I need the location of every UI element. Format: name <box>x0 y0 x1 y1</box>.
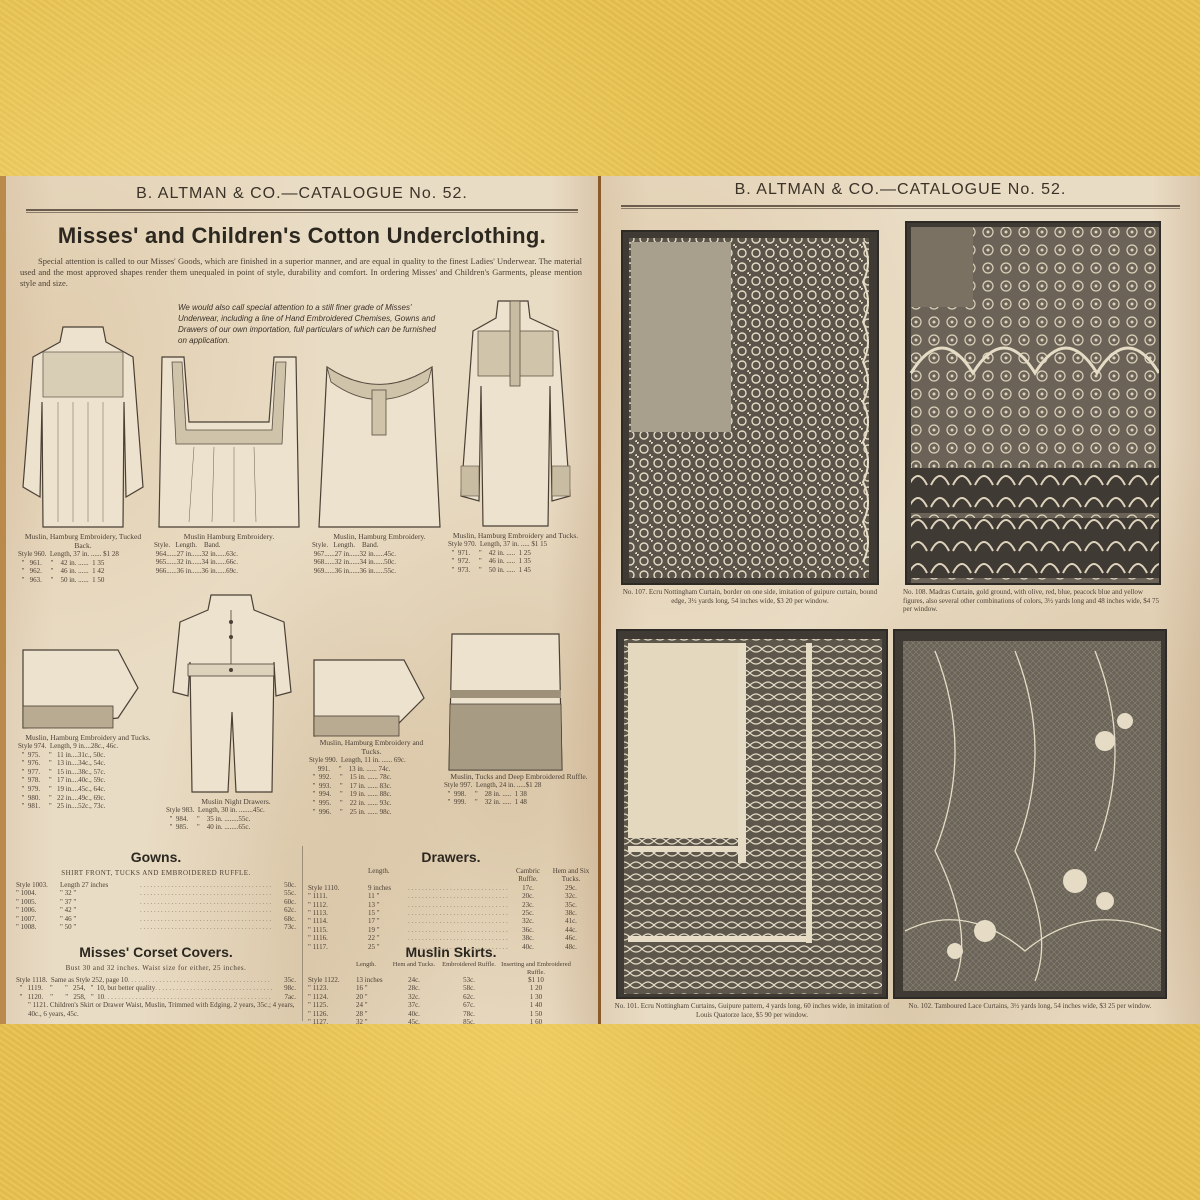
gown-row: " 1007." 46 ". . . . . . . . . . . . . .… <box>16 915 296 923</box>
garment-illustration-gown-tucks: Muslin, Hamburg Embroidery and Tucks. St… <box>448 296 583 574</box>
gown-row: Style 1003.Length 27 inches. . . . . . .… <box>16 881 296 889</box>
corset-covers-subtitle: Bust 30 and 32 inches. Waist size for ei… <box>16 964 296 972</box>
garment-caption: Muslin, Tucks and Deep Embroidered Ruffl… <box>444 772 594 781</box>
style-number: " 1125. <box>308 1001 356 1009</box>
length: " 37 " <box>60 898 140 906</box>
garment-illustration-drawers-embroidery: Muslin, Hamburg Embroidery and Tucks. St… <box>18 648 158 811</box>
gown-row: " 1006." 42 ". . . . . . . . . . . . . .… <box>16 906 296 914</box>
skirt-row: Style 1122.13 inches24c.53c.$1 10 <box>308 976 594 984</box>
leader-dots: . . . . . . . . . . . . . . . . . . . . … <box>140 889 272 897</box>
style-number: " 1004. <box>16 889 60 897</box>
leader-dots: . . . . . . . . . . . . . . . . . . . . … <box>408 934 508 942</box>
ruffle-price: 53c. <box>442 976 496 984</box>
tamboured-lace-curtain-icon <box>895 631 1167 999</box>
inserting-price: 1 20 <box>496 984 576 992</box>
style-number: " 1005. <box>16 898 60 906</box>
style-number: Style 1122. <box>308 976 356 984</box>
curtain-caption-no-101: No. 101. Ecru Nottingham Curtains, Guipu… <box>611 1002 893 1019</box>
garment-spec-table: Style. Length. Band. 964......27 in.....… <box>154 541 304 575</box>
garment-caption: Muslin Night Drawers. <box>166 797 306 806</box>
garment-caption: Muslin, Hamburg Embroidery, Tucked Back. <box>18 532 148 550</box>
leader-dots: . . . . . . . . . . . . . . . . . . . . … <box>408 909 508 917</box>
curtain-caption-no-108: No. 108. Madras Curtain, gold ground, wi… <box>903 588 1165 614</box>
drawers-row: " 1111.11 ". . . . . . . . . . . . . . .… <box>308 892 594 900</box>
leader-dots: . . . . . . . . . . . . . . . . . . . . … <box>128 976 272 984</box>
header-rule <box>621 205 1180 209</box>
garment-spec-table: Style 970. Length, 37 in. ..... $1 15 " … <box>448 540 583 574</box>
hem-price: 32c. <box>386 993 442 1001</box>
skirt-row: " 1125.24 "37c.67c.1 40 <box>308 1001 594 1009</box>
garment-spec-table: Style 997. Length, 24 in. .....$1 28 " 9… <box>444 781 594 807</box>
leader-dots: . . . . . . . . . . . . . . . . . . . . … <box>140 915 272 923</box>
skirts-header-row: Length. Hem and Tucks. Embroidered Ruffl… <box>308 961 594 976</box>
leader-dots: . . . . . . . . . . . . . . . . . . . . … <box>408 901 508 909</box>
hem-price: 41c. <box>548 917 594 925</box>
drawers-header-row: Length. Cambric Ruffle. Hem and Six Tuck… <box>308 867 594 884</box>
section-title-gowns: Gowns. <box>16 849 296 865</box>
hem-price: 46c. <box>548 934 594 942</box>
page-title: Misses' and Children's Cotton Undercloth… <box>6 223 598 249</box>
length: " 46 " <box>60 915 140 923</box>
description: " 1120. " " 258, " 10 <box>16 993 104 1001</box>
style-number: " 1111. <box>308 892 368 900</box>
curtain-caption-no-102: No. 102. Tamboured Lace Curtains, 3½ yar… <box>893 1002 1167 1011</box>
hem-price: 28c. <box>386 984 442 992</box>
skirt-ruffle-drawing-icon <box>444 632 569 772</box>
column-divider <box>302 846 303 1021</box>
hem-price: 32c. <box>548 892 594 900</box>
length: " 42 " <box>60 906 140 914</box>
style-number: " 1124. <box>308 993 356 1001</box>
length: 11 " <box>368 892 408 900</box>
hem-price: 38c. <box>548 909 594 917</box>
length: 24 " <box>356 1001 386 1009</box>
gowns-section: Gowns. SHIRT FRONT, TUCKS AND EMBROIDERE… <box>16 849 296 931</box>
length: 15 " <box>368 909 408 917</box>
length: 28 " <box>356 1010 386 1018</box>
style-number: " 1112. <box>308 901 368 909</box>
style-number: Style 1003. <box>16 881 60 889</box>
skirt-row: " 1124.20 "32c.62c.1 30 <box>308 993 594 1001</box>
length: 32 " <box>356 1018 386 1026</box>
cambric-price: 32c. <box>508 917 548 925</box>
style-number: " 1115. <box>308 926 368 934</box>
drawers-header-hem: Hem and Six Tucks. <box>548 867 594 884</box>
cambric-price: 23c. <box>508 901 548 909</box>
night-drawers-drawing-icon <box>166 592 296 797</box>
gown-tucks-drawing-icon <box>448 296 583 531</box>
leader-dots: . . . . . . . . . . . . . . . . . . . . … <box>140 906 272 914</box>
garment-caption: Muslin, Hamburg Embroidery. <box>312 532 447 541</box>
hem-price: 35c. <box>548 901 594 909</box>
cambric-price: 20c. <box>508 892 548 900</box>
skirts-header-inserting: Inserting and Embroidered Ruffle. <box>496 961 576 976</box>
length: 9 inches <box>368 884 408 892</box>
chemise-round-neck-drawing-icon <box>312 362 447 532</box>
garment-caption: Muslin Hamburg Embroidery. <box>154 532 304 541</box>
gown-row: " 1008." 50 ". . . . . . . . . . . . . .… <box>16 923 296 931</box>
drawers-row: " 1113.15 ". . . . . . . . . . . . . . .… <box>308 909 594 917</box>
gown-drawing-icon <box>18 322 148 532</box>
hem-price: 37c. <box>386 1001 442 1009</box>
price: 98c. <box>272 984 296 992</box>
leader-dots: . . . . . . . . . . . . . . . . . . . . … <box>140 881 272 889</box>
style-number: " 1007. <box>16 915 60 923</box>
section-title-muslin-skirts: Muslin Skirts. <box>308 944 594 960</box>
drawers-header-cambric: Cambric Ruffle. <box>508 867 548 884</box>
leader-dots: . . . . . . . . . . . . . . . . . . . . … <box>408 892 508 900</box>
running-head-left: B. ALTMAN & CO.—CATALOGUE No. 52. <box>6 176 598 203</box>
inserting-price: $1 10 <box>496 976 576 984</box>
garment-illustration-gown-tucked-back: Muslin, Hamburg Embroidery, Tucked Back.… <box>18 322 148 584</box>
drawers-row: " 1116.22 ". . . . . . . . . . . . . . .… <box>308 934 594 942</box>
curtain-image-no-101 <box>616 629 888 999</box>
corset-extra-row: " 1121. Children's Skirt or Drawer Waist… <box>16 1001 296 1018</box>
hem-price: 44c. <box>548 926 594 934</box>
drawers-section: Drawers. Length. Cambric Ruffle. Hem and… <box>308 849 594 951</box>
style-number: " 1006. <box>16 906 60 914</box>
drawers-row: " 1114.17 ". . . . . . . . . . . . . . .… <box>308 917 594 925</box>
drawers-header-length: Length. <box>368 867 408 884</box>
length: 20 " <box>356 993 386 1001</box>
curtain-image-no-107 <box>621 230 879 585</box>
drawers-row: " 1112.13 ". . . . . . . . . . . . . . .… <box>308 901 594 909</box>
hem-price: 24c. <box>386 976 442 984</box>
header-rule <box>26 209 578 213</box>
garment-illustration-night-drawers: Muslin Night Drawers. Style 983. Length,… <box>166 592 306 832</box>
catalogue-spread: B. ALTMAN & CO.—CATALOGUE No. 52. Misses… <box>0 176 1200 1024</box>
garment-spec-table: Style. Length. Band. 967......27 in.....… <box>312 541 447 575</box>
cambric-price: 25c. <box>508 909 548 917</box>
length: 13 inches <box>356 976 386 984</box>
length: " 32 " <box>60 889 140 897</box>
price: 7ac. <box>272 993 296 1001</box>
skirt-row: " 1127.32 "45c.85c.1 60 <box>308 1018 594 1026</box>
gowns-subtitle: SHIRT FRONT, TUCKS AND EMBROIDERED RUFFL… <box>16 869 296 877</box>
inserting-price: 1 30 <box>496 993 576 1001</box>
style-number: " 1113. <box>308 909 368 917</box>
cambric-price: 36c. <box>508 926 548 934</box>
style-number: " 1008. <box>16 923 60 931</box>
garment-spec-table: Style 960. Length, 37 in. ...... $1 28 "… <box>18 550 148 584</box>
running-head-right: B. ALTMAN & CO.—CATALOGUE No. 52. <box>601 176 1200 199</box>
gold-paper-background-top <box>0 0 1200 176</box>
inserting-price: 1 40 <box>496 1001 576 1009</box>
corset-cover-row: Style 1118. Same as Style 252, page 10. … <box>16 976 296 984</box>
cambric-price: 17c. <box>508 884 548 892</box>
special-note: We would also call special attention to … <box>178 302 440 346</box>
guipure-curtain-border-icon <box>618 631 888 999</box>
ruffle-price: 67c. <box>442 1001 496 1009</box>
price: 55c. <box>272 889 296 897</box>
drawers-row: " 1115.19 ". . . . . . . . . . . . . . .… <box>308 926 594 934</box>
corset-covers-section: Misses' Corset Covers. Bust 30 and 32 in… <box>16 944 296 1018</box>
section-title-drawers: Drawers. <box>308 849 594 865</box>
drawers-drawing-icon <box>18 648 143 733</box>
leader-dots: . . . . . . . . . . . . . . . . . . . . … <box>104 993 272 1001</box>
style-number: " 1116. <box>308 934 368 942</box>
leader-dots: . . . . . . . . . . . . . . . . . . . . … <box>140 923 272 931</box>
corset-cover-row: " 1119. " " 254, " 10, but better qualit… <box>16 984 296 992</box>
garment-illustration-drawers-tucks: Muslin, Hamburg Embroidery and Tucks. St… <box>309 658 434 816</box>
inserting-price: 1 50 <box>496 1010 576 1018</box>
style-number: " 1114. <box>308 917 368 925</box>
style-number: " 1127. <box>308 1018 356 1026</box>
ruffle-price: 78c. <box>442 1010 496 1018</box>
madras-curtain-pattern-icon <box>907 223 1161 585</box>
style-number: " 1123. <box>308 984 356 992</box>
length: " 50 " <box>60 923 140 931</box>
gown-row: " 1004." 32 ". . . . . . . . . . . . . .… <box>16 889 296 897</box>
skirts-header-ruffle: Embroidered Ruffle. <box>442 961 496 976</box>
leader-dots: . . . . . . . . . . . . . . . . . . . . … <box>140 898 272 906</box>
intro-paragraph: Special attention is called to our Misse… <box>6 249 598 289</box>
ruffle-price: 62c. <box>442 993 496 1001</box>
muslin-skirts-section: Muslin Skirts. Length. Hem and Tucks. Em… <box>308 944 594 1026</box>
price: 73c. <box>272 923 296 931</box>
length: 16 " <box>356 984 386 992</box>
hem-price: 45c. <box>386 1018 442 1026</box>
section-title-corset-covers: Misses' Corset Covers. <box>16 944 296 960</box>
inserting-price: 1 60 <box>496 1018 576 1026</box>
garment-caption: Muslin, Hamburg Embroidery and Tucks. <box>309 738 434 756</box>
skirts-header-length: Length. <box>356 961 386 976</box>
garment-illustration-chemise-round-neck: Muslin, Hamburg Embroidery. Style. Lengt… <box>312 362 447 575</box>
description: Style 1118. Same as Style 252, page 10 <box>16 976 128 984</box>
gown-row: " 1005." 37 ". . . . . . . . . . . . . .… <box>16 898 296 906</box>
garment-spec-table: Style 990. Length, 11 in. ...... 69c. 99… <box>309 756 434 816</box>
drawers-tucks-drawing-icon <box>309 658 429 738</box>
leader-dots: . . . . . . . . . . . . . . . . . . . . … <box>408 917 508 925</box>
curtain-image-no-102 <box>893 629 1167 999</box>
corset-cover-row: " 1120. " " 258, " 10. . . . . . . . . .… <box>16 993 296 1001</box>
hem-price: 29c. <box>548 884 594 892</box>
length: 13 " <box>368 901 408 909</box>
drawers-row: Style 1110.9 inches. . . . . . . . . . .… <box>308 884 594 892</box>
length: 22 " <box>368 934 408 942</box>
ruffle-price: 58c. <box>442 984 496 992</box>
style-number: " 1126. <box>308 1010 356 1018</box>
description: " 1119. " " 254, " 10, but better qualit… <box>16 984 155 992</box>
garment-illustration-chemise: Muslin Hamburg Embroidery. Style. Length… <box>154 352 304 575</box>
style-number: Style 1110. <box>308 884 368 892</box>
skirts-header-hem: Hem and Tucks. <box>386 961 442 976</box>
price: 35c. <box>272 976 296 984</box>
right-page: B. ALTMAN & CO.—CATALOGUE No. 52. No. 10… <box>598 176 1200 1024</box>
left-page: B. ALTMAN & CO.—CATALOGUE No. 52. Misses… <box>0 176 598 1024</box>
garment-spec-table: Style 983. Length, 30 in. ........45c. "… <box>166 806 306 832</box>
skirt-row: " 1123.16 "28c.58c.1 20 <box>308 984 594 992</box>
length: Length 27 inches <box>60 881 140 889</box>
cambric-price: 38c. <box>508 934 548 942</box>
price: 60c. <box>272 898 296 906</box>
leader-dots: . . . . . . . . . . . . . . . . . . . . … <box>408 884 508 892</box>
price: 50c. <box>272 881 296 889</box>
lace-curtain-border-icon <box>623 232 879 585</box>
garment-illustration-skirt-ruffle: Muslin, Tucks and Deep Embroidered Ruffl… <box>444 632 594 807</box>
garment-spec-table: Style 974. Length, 9 in....28c., 46c. " … <box>18 742 158 811</box>
curtain-caption-no-107: No. 107. Ecru Nottingham Curtain, border… <box>619 588 881 605</box>
length: 19 " <box>368 926 408 934</box>
garment-caption: Muslin, Hamburg Embroidery and Tucks. <box>18 733 158 742</box>
gold-paper-background-bottom <box>0 1024 1200 1200</box>
ruffle-price: 85c. <box>442 1018 496 1026</box>
chemise-drawing-icon <box>154 352 304 532</box>
leader-dots: . . . . . . . . . . . . . . . . . . . . … <box>155 984 272 992</box>
price: 62c. <box>272 906 296 914</box>
hem-price: 40c. <box>386 1010 442 1018</box>
length: 17 " <box>368 917 408 925</box>
price: 68c. <box>272 915 296 923</box>
leader-dots: . . . . . . . . . . . . . . . . . . . . … <box>408 926 508 934</box>
curtain-image-no-108 <box>905 221 1161 585</box>
garment-caption: Muslin, Hamburg Embroidery and Tucks. <box>448 531 583 540</box>
skirt-row: " 1126.28 "40c.78c.1 50 <box>308 1010 594 1018</box>
